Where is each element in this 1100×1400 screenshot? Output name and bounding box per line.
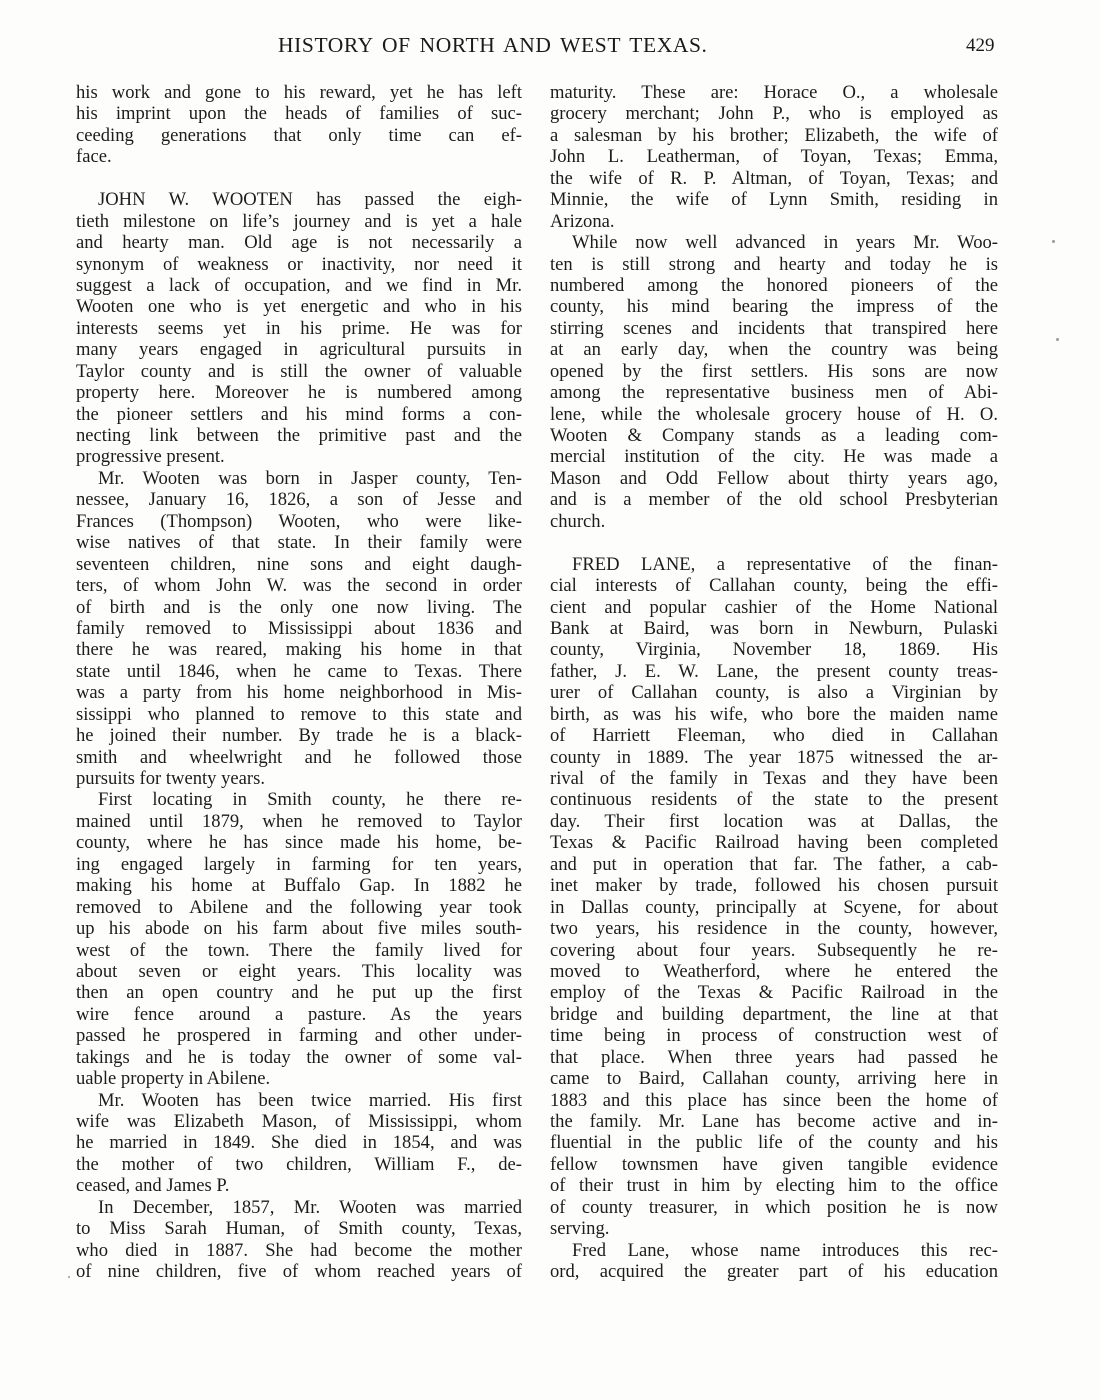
- text-line: his work and gone to his reward, yet he …: [76, 82, 522, 103]
- text-line: cient and popular cashier of the Home Na…: [550, 597, 998, 618]
- text-line: at an early day, when the country was be…: [550, 339, 998, 360]
- text-line: necting link between the primitive past …: [76, 425, 522, 446]
- text-line: his imprint upon the heads of families o…: [76, 103, 522, 124]
- text-line: Wooten one who is yet energetic and who …: [76, 296, 522, 317]
- text-line: rival of the family in Texas and they ha…: [550, 768, 998, 789]
- text-line: a salesman by his brother; Elizabeth, th…: [550, 125, 998, 146]
- text-line: of Harriett Fleeman, who died in Callaha…: [550, 725, 998, 746]
- text-line: fellow townsmen have given tangible evid…: [550, 1154, 998, 1175]
- text-line: synonym of weakness or inactivity, nor n…: [76, 254, 522, 275]
- text-line: ing engaged largely in farming for ten y…: [76, 854, 522, 875]
- text-line: Bank at Baird, was born in Newburn, Pula…: [550, 618, 998, 639]
- text-line: county, Virginia, November 18, 1869. His: [550, 639, 998, 660]
- text-line: uable property in Abilene.: [76, 1068, 522, 1089]
- text-line: passed he prospered in farming and other…: [76, 1025, 522, 1046]
- text-line: and hearty man. Old age is not necessari…: [76, 232, 522, 253]
- text-line: While now well advanced in years Mr. Woo…: [550, 232, 998, 253]
- text-line: day. Their first location was at Dallas,…: [550, 811, 998, 832]
- right-text-column: maturity. These are: Horace O., a wholes…: [550, 82, 998, 1283]
- text-line: to Miss Sarah Human, of Smith county, Te…: [76, 1218, 522, 1239]
- paragraph-gap: [550, 532, 998, 553]
- text-line: and is a member of the old school Presby…: [550, 489, 998, 510]
- text-line: opened by the first settlers. His sons a…: [550, 361, 998, 382]
- text-line: grocery merchant; John P., who is employ…: [550, 103, 998, 124]
- text-line: moved to Weatherford, where he entered t…: [550, 961, 998, 982]
- text-line: face.: [76, 146, 522, 167]
- text-line: Mr. Wooten was born in Jasper county, Te…: [76, 468, 522, 489]
- text-line: the wife of R. P. Altman, of Toyan, Texa…: [550, 168, 998, 189]
- text-line: ceased, and James P.: [76, 1175, 522, 1196]
- text-line: of nine children, five of whom reached y…: [76, 1261, 522, 1282]
- text-line: in Dallas county, principally at Scyene,…: [550, 897, 998, 918]
- text-line: state until 1846, when he came to Texas.…: [76, 661, 522, 682]
- text-line: ters, of whom John W. was the second in …: [76, 575, 522, 596]
- text-line: smith and wheelwright and he followed th…: [76, 747, 522, 768]
- page-number: 429: [966, 35, 995, 57]
- text-line: stirring scenes and incidents that trans…: [550, 318, 998, 339]
- text-line: suggest a lack of occupation, and we fin…: [76, 275, 522, 296]
- scan-speck: [1056, 338, 1059, 341]
- text-line: birth, as was his wife, who bore the mai…: [550, 704, 998, 725]
- text-line: wise natives of that state. In their fam…: [76, 532, 522, 553]
- text-line: father, J. E. W. Lane, the present count…: [550, 661, 998, 682]
- text-line: First locating in Smith county, he there…: [76, 789, 522, 810]
- text-line: time being in process of construction we…: [550, 1025, 998, 1046]
- text-line: 1883 and this place has since been the h…: [550, 1090, 998, 1111]
- text-line: was a party from his home neighborhood i…: [76, 682, 522, 703]
- text-line: he married in 1849. She died in 1854, an…: [76, 1132, 522, 1153]
- text-line: lene, while the wholesale grocery house …: [550, 404, 998, 425]
- text-line: of birth and is the only one now living.…: [76, 597, 522, 618]
- text-line: and put in operation that far. The fathe…: [550, 854, 998, 875]
- text-line: two years, his residence in the county, …: [550, 918, 998, 939]
- text-line: among the representative business men of…: [550, 382, 998, 403]
- text-line: Mason and Odd Fellow about thirty years …: [550, 468, 998, 489]
- text-line: fluential in the public life of the coun…: [550, 1132, 998, 1153]
- text-line: Minnie, the wife of Lynn Smith, residing…: [550, 189, 998, 210]
- text-line: serving.: [550, 1218, 998, 1239]
- text-line: there he was reared, making his home in …: [76, 639, 522, 660]
- text-line: wire fence around a pasture. As the year…: [76, 1004, 522, 1025]
- paragraph-gap: [76, 168, 522, 189]
- text-line: then an open country and he put up the f…: [76, 982, 522, 1003]
- text-line: progressive present.: [76, 446, 522, 467]
- text-line: about seven or eight years. This localit…: [76, 961, 522, 982]
- book-page: HISTORY OF NORTH AND WEST TEXAS. 429 his…: [0, 0, 1100, 1400]
- text-line: county, his mind bearing the impress of …: [550, 296, 998, 317]
- text-line: John L. Leatherman, of Toyan, Texas; Emm…: [550, 146, 998, 167]
- text-line: interests seems yet in his prime. He was…: [76, 318, 522, 339]
- text-line: Wooten & Company stands as a leading com…: [550, 425, 998, 446]
- running-title: HISTORY OF NORTH AND WEST TEXAS.: [278, 33, 708, 58]
- text-line: making his home at Buffalo Gap. In 1882 …: [76, 875, 522, 896]
- text-line: Mr. Wooten has been twice married. His f…: [76, 1090, 522, 1111]
- text-line: county, where he has since made his home…: [76, 832, 522, 853]
- text-line: nessee, January 16, 1826, a son of Jesse…: [76, 489, 522, 510]
- text-line: county in 1889. The year 1875 witnessed …: [550, 747, 998, 768]
- text-line: takings and he is today the owner of som…: [76, 1047, 522, 1068]
- text-line: bridge and building department, the line…: [550, 1004, 998, 1025]
- text-line: Fred Lane, whose name introduces this re…: [550, 1240, 998, 1261]
- text-line: up his abode on his farm about five mile…: [76, 918, 522, 939]
- text-line: who died in 1887. She had become the mot…: [76, 1240, 522, 1261]
- text-line: of county treasurer, in which position h…: [550, 1197, 998, 1218]
- text-line: tieth milestone on life’s journey and is…: [76, 211, 522, 232]
- text-line: sissippi who planned to remove to this s…: [76, 704, 522, 725]
- scan-speck: [68, 1276, 70, 1278]
- text-line: many years engaged in agricultural pursu…: [76, 339, 522, 360]
- text-line: wife was Elizabeth Mason, of Mississippi…: [76, 1111, 522, 1132]
- left-text-column: his work and gone to his reward, yet he …: [76, 82, 522, 1283]
- text-line: came to Baird, Callahan county, arriving…: [550, 1068, 998, 1089]
- text-line: Taylor county and is still the owner of …: [76, 361, 522, 382]
- text-line: Texas & Pacific Railroad having been com…: [550, 832, 998, 853]
- text-line: west of the town. There the family lived…: [76, 940, 522, 961]
- text-line: continuous residents of the state to the…: [550, 789, 998, 810]
- text-line: JOHN W. WOOTEN has passed the eigh-: [76, 189, 522, 210]
- text-line: family removed to Mississippi about 1836…: [76, 618, 522, 639]
- text-line: Frances (Thompson) Wooten, who were like…: [76, 511, 522, 532]
- text-line: mercial institution of the city. He was …: [550, 446, 998, 467]
- text-line: property here. Moreover he is numbered a…: [76, 382, 522, 403]
- text-line: maturity. These are: Horace O., a wholes…: [550, 82, 998, 103]
- text-line: church.: [550, 511, 998, 532]
- text-line: numbered among the honored pioneers of t…: [550, 275, 998, 296]
- text-line: cial interests of Callahan county, being…: [550, 575, 998, 596]
- text-line: inet maker by trade, followed his chosen…: [550, 875, 998, 896]
- text-line: seventeen children, nine sons and eight …: [76, 554, 522, 575]
- text-line: the pioneer settlers and his mind forms …: [76, 404, 522, 425]
- text-line: Arizona.: [550, 211, 998, 232]
- text-line: In December, 1857, Mr. Wooten was marrie…: [76, 1197, 522, 1218]
- text-line: urer of Callahan county, is also a Virgi…: [550, 682, 998, 703]
- text-line: ten is still strong and hearty and today…: [550, 254, 998, 275]
- text-line: of their trust in him by electing him to…: [550, 1175, 998, 1196]
- text-line: removed to Abilene and the following yea…: [76, 897, 522, 918]
- text-line: ord, acquired the greater part of his ed…: [550, 1261, 998, 1282]
- text-line: pursuits for twenty years.: [76, 768, 522, 789]
- text-line: the family. Mr. Lane has become active a…: [550, 1111, 998, 1132]
- text-line: the mother of two children, William F., …: [76, 1154, 522, 1175]
- text-line: mained until 1879, when he removed to Ta…: [76, 811, 522, 832]
- text-line: he joined their number. By trade he is a…: [76, 725, 522, 746]
- text-line: ceeding generations that only time can e…: [76, 125, 522, 146]
- text-line: that place. When three years had passed …: [550, 1047, 998, 1068]
- text-line: employ of the Texas & Pacific Railroad i…: [550, 982, 998, 1003]
- scan-speck: [1052, 240, 1055, 243]
- text-line: FRED LANE, a representative of the finan…: [550, 554, 998, 575]
- text-line: covering about four years. Subsequently …: [550, 940, 998, 961]
